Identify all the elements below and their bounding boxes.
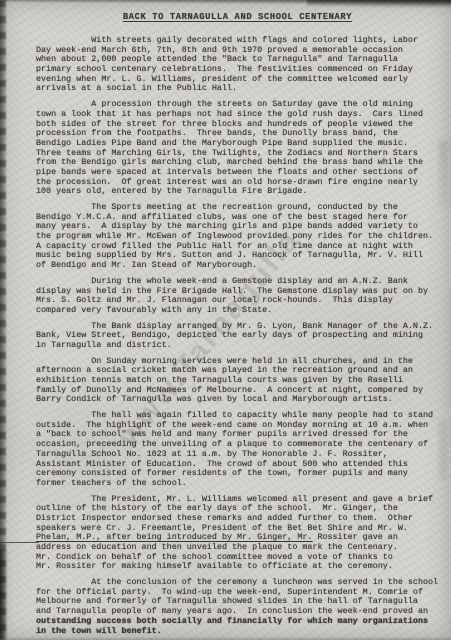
text-line: Barry Condick of Tarnagulla was given by… [36, 395, 446, 405]
text-line: former teachers of the school. [36, 479, 446, 489]
scanned-document-page: www.Tarnagulla. BACK TO TARNAGULLA AND S… [0, 0, 451, 640]
document-body: With streets gaily decorated with flags … [36, 36, 446, 636]
text-line: arrivals at a social in the Public Hall. [36, 84, 446, 94]
paragraph: With streets gaily decorated with flags … [36, 36, 446, 94]
paragraph: The Sports meeting at the recreation gro… [36, 203, 446, 271]
scan-smudge [439, 140, 449, 210]
underlined-text: Phelan, M.P., after being introduced by … [36, 532, 312, 542]
paragraph: The hall was again filled to capacity wh… [36, 411, 446, 489]
paragraph: The Bank display arranged by Mr. G. Lyon… [36, 322, 446, 351]
text-line: 100 years old, entered by the Tarnagulla… [36, 187, 446, 197]
scan-edge-top-right [307, 0, 451, 9]
text-line: in the town will benefit. [36, 627, 446, 637]
text-line: compared very favourably with any in the… [36, 306, 446, 316]
text-segment: Rossiter gave an [312, 532, 397, 542]
scan-smudge [439, 420, 447, 480]
scan-edge-left-bottom [0, 550, 8, 640]
document-title: BACK TO TARNAGULLA AND SCHOOL CENTENARY [36, 12, 439, 22]
paragraph: During the whole week-end a Gemstone dis… [36, 277, 446, 316]
paragraph: The President, Mr. L. Williams welcomed … [36, 495, 446, 573]
scan-edge-left [0, 0, 6, 640]
paragraph: At the conclusion of the ceremony a lunc… [36, 578, 446, 636]
text-line: Mr. Rossiter for making himself availabl… [36, 562, 446, 572]
text-line: of Bendigo and Mr. Ian Stead of Maryboro… [36, 261, 446, 271]
text-line: in Tarnagulla and district. [36, 341, 446, 351]
document: BACK TO TARNAGULLA AND SCHOOL CENTENARY … [36, 12, 446, 636]
paragraph: On Sunday morning services were held in … [36, 357, 446, 405]
paragraph: A procession through the streets on Satu… [36, 100, 446, 197]
